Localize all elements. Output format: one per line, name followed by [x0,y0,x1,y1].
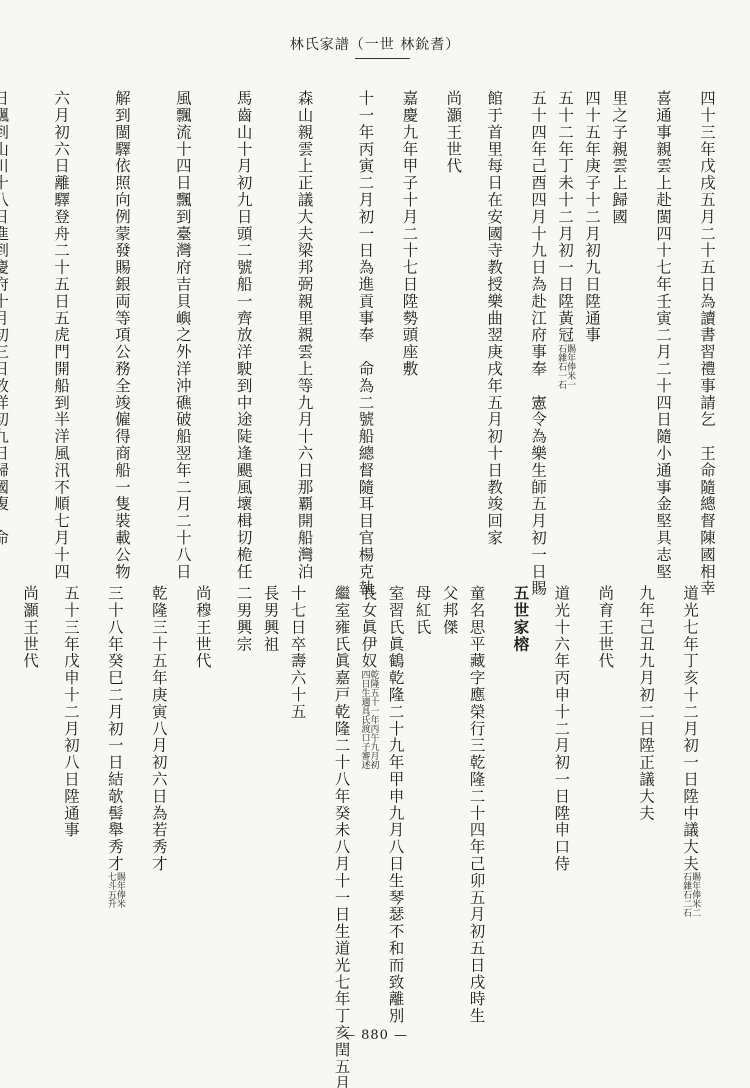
note-line: 石雜石二石 [681,872,690,917]
text-line: 馬齒山十月初九日頭二號船一齊放洋駛到中途陡逢颶風壞楫切桅任 [230,90,291,550]
text-line: 六月初六日離驛登舟二十五日五虎門開船到半洋風汛不順七月十四 [47,90,108,550]
text-line: 道光十六年丙申十二月初一日陞申口侍 [547,585,591,1025]
note-line: 賜年俸米二 [690,872,699,917]
text-line: 尚灝王世代 [439,90,466,550]
line-text: 風飄流十四日飄到臺灣府吉貝嶼之外洋沖礁破船翌年二月二十八日 [174,90,192,580]
line-text: 長男興祖 [262,585,280,653]
line-text: 室習氏眞鶴乾隆二十九年甲申九月八日生琴瑟不和而致離別 [387,585,405,1024]
line-text: 馬齒山十月初九日頭二號船一齊放洋駛到中途陡逢颶風壞楫切桅任 [235,90,253,580]
line-text: 四十五年庚子十二月初九日陞通事 [583,90,601,344]
section-heading: 五世家榕 [506,585,533,1025]
line-text: 三十八年癸巳二月初一日結欹髻舉秀才 [106,585,124,872]
line-text: 乾隆三十五年庚寅八月初六日為若秀才 [150,585,168,872]
line-text: 道光七年丁亥十二月初一日陞中議大夫 [681,585,699,872]
text-line: 嘉慶十一年丙寅三月初五日陞黃冠賜年俸米一石雜石一石 [0,585,16,1025]
text-line: 道光七年丁亥十二月初一日陞中議大夫賜年俸米二石雜石二石 [676,585,720,1025]
text-line: 室習氏眞鶴乾隆二十九年甲申九月八日生琴瑟不和而致離別 [382,585,409,1025]
top-text-block: 四十三年戊戌五月二十五日為讀書習禮事請乞 王命隨總督陳國相幸喜通事親雲上赴閩四十… [40,90,720,550]
text-line: 森山親雲上正議大夫梁邦弼親里親雲上等九月十六日那覇開船灣泊 [291,90,352,550]
text-line: 長男興祖 [257,585,284,1025]
line-text: 道光十六年丙申十二月初一日陞申口侍 [552,585,570,872]
line-text: 五十二年丁未十二月初一日陞黃冠 [556,90,574,344]
line-text: 童名思平藏字應榮行三乾隆二十四年己卯五月初五日戌時生 [468,585,486,1024]
line-text: 嘉慶九年甲子十月二十七日陞勢頭座敷 [400,90,418,377]
line-text: 六月初六日離驛登舟二十五日五虎門開船到半洋風汛不順七月十四 [52,90,70,580]
text-line: 四十五年庚子十二月初九日陞通事 [578,90,605,550]
line-text: 里之子親雲上歸國 [610,90,628,225]
text-line: 繼室雍氏眞嘉戸乾隆二十八年癸未八月十一日生道光七年丁亥閏五月 [328,585,355,1025]
line-text: 喜通事親雲上赴閩四十七年壬寅二月二十四日隨小通事金堅具志堅 [654,90,672,580]
text-line: 母紅氏 [409,585,436,1025]
text-line: 十七日卒壽六十五 [284,585,328,1025]
line-text: 解到閩驛依照向例蒙發賜銀両等項公務全竣僱得商船一隻裝載公物 [113,90,131,580]
text-line: 父邦傑 [436,585,463,1025]
text-line: 五十四年己酉四月十九日為赴江府事奉 憲令為樂生師五月初一日賜 [524,90,551,550]
note-line: 石雜石一石 [556,344,565,389]
text-line: 嘉慶九年甲子十月二十七日陞勢頭座敷 [395,90,439,550]
text-line: 日飄到山川十八日進到慶府十月初三日放洋初九日歸國復 命 [0,90,47,550]
annotation-note: 賜年俸米二石雜石二石 [681,872,699,917]
text-line: 風飄流十四日飄到臺灣府吉貝嶼之外洋沖礁破船翌年二月二十八日 [169,90,230,550]
header-rule [355,58,410,59]
line-text: 四十三年戊戌五月二十五日為讀書習禮事請乞 王命隨總督陳國相幸 [698,90,716,597]
line-text: 尚灝王世代 [21,585,39,670]
page-header-title: 林氏家譜（一世 林鈗耆） [0,34,750,54]
text-line: 尚育王世代 [591,585,618,1025]
line-text: 森山親雲上正議大夫梁邦弼親里親雲上等九月十六日那覇開船灣泊 [296,90,314,580]
line-text: 尚灝王世代 [444,90,462,175]
line-text: 五十四年己酉四月十九日為赴江府事奉 憲令為樂生師五月初一日賜 [529,90,547,597]
line-text: 父邦傑 [441,585,459,636]
line-text: 繼室雍氏眞嘉戸乾隆二十八年癸未八月十一日生道光七年丁亥閏五月 [333,585,351,1088]
line-text: 尚育王世代 [596,585,614,670]
text-line: 尚穆王世代 [189,585,216,1025]
annotation-note: 賜年俸米一石雜石一石 [556,344,574,389]
line-text: 長女眞伊奴 [360,585,378,670]
text-line: 九年己丑九月初二日陞正議大夫 [632,585,676,1025]
text-line: 五十三年戊申十二月初八日陞通事 [57,585,101,1025]
line-text: 十七日卒壽六十五 [289,585,307,720]
note-line: 賜年俸米 [115,872,124,908]
text-line: 喜通事親雲上赴閩四十七年壬寅二月二十四日隨小通事金堅具志堅 [649,90,693,550]
line-text: 館于首里每日在安國寺教授樂曲翌庚戌年五月初十日教竣回家 [485,90,503,546]
text-line: 童名思平藏字應榮行三乾隆二十四年己卯五月初五日戌時生 [463,585,507,1025]
line-text: 九年己丑九月初二日陞正議大夫 [637,585,655,822]
text-line: 解到閩驛依照向例蒙發賜銀両等項公務全竣僱得商船一隻裝載公物 [108,90,169,550]
line-text: 五世家榕 [511,585,529,653]
text-line: 乾隆三十五年庚寅八月初六日為若秀才 [145,585,189,1025]
text-line: 長女眞伊奴乾隆五十一年丙午九月初四日生適具氏渡口子審述 [355,585,382,1025]
note-line: 賜年俸米一 [565,344,574,389]
text-line: 三十八年癸巳二月初一日結欹髻舉秀才賜年俸米七斗五升 [101,585,145,1025]
text-line: 尚灝王世代 [16,585,43,1025]
annotation-note: 賜年俸米七斗五升 [106,872,124,908]
annotation-note: 乾隆五十一年丙午九月初四日生適具氏渡口子審述 [360,670,378,769]
text-line: 四十三年戊戌五月二十五日為讀書習禮事請乞 王命隨總督陳國相幸 [693,90,720,550]
line-text: 尚穆王世代 [194,585,212,670]
bottom-text-block: 道光七年丁亥十二月初一日陞中議大夫賜年俸米二石雜石二石九年己丑九月初二日陞正議大… [40,585,720,1025]
note-line: 四日生適具氏渡口子審述 [360,670,369,769]
text-line: 里之子親雲上歸國 [605,90,649,550]
line-text: 五十三年戊申十二月初八日陞通事 [62,585,80,839]
text-line: 館于首里每日在安國寺教授樂曲翌庚戌年五月初十日教竣回家 [480,90,524,550]
line-text: 日飄到山川十八日進到慶府十月初三日放洋初九日歸國復 命 [0,90,9,546]
line-text: 二男興宗 [235,585,253,653]
line-text: 十一年丙寅二月初一日為進貢事奉 命為二號船總督隨耳目官楊克執 [356,90,374,597]
page-number: — 880 — [0,1028,750,1043]
text-line: 十一年丙寅二月初一日為進貢事奉 命為二號船總督隨耳目官楊克執 [351,90,395,550]
text-line: 五十二年丁未十二月初一日陞黃冠賜年俸米一石雜石一石 [551,90,578,550]
line-text: 母紅氏 [414,585,432,636]
note-line: 七斗五升 [106,872,115,908]
text-line: 二男興宗 [230,585,257,1025]
